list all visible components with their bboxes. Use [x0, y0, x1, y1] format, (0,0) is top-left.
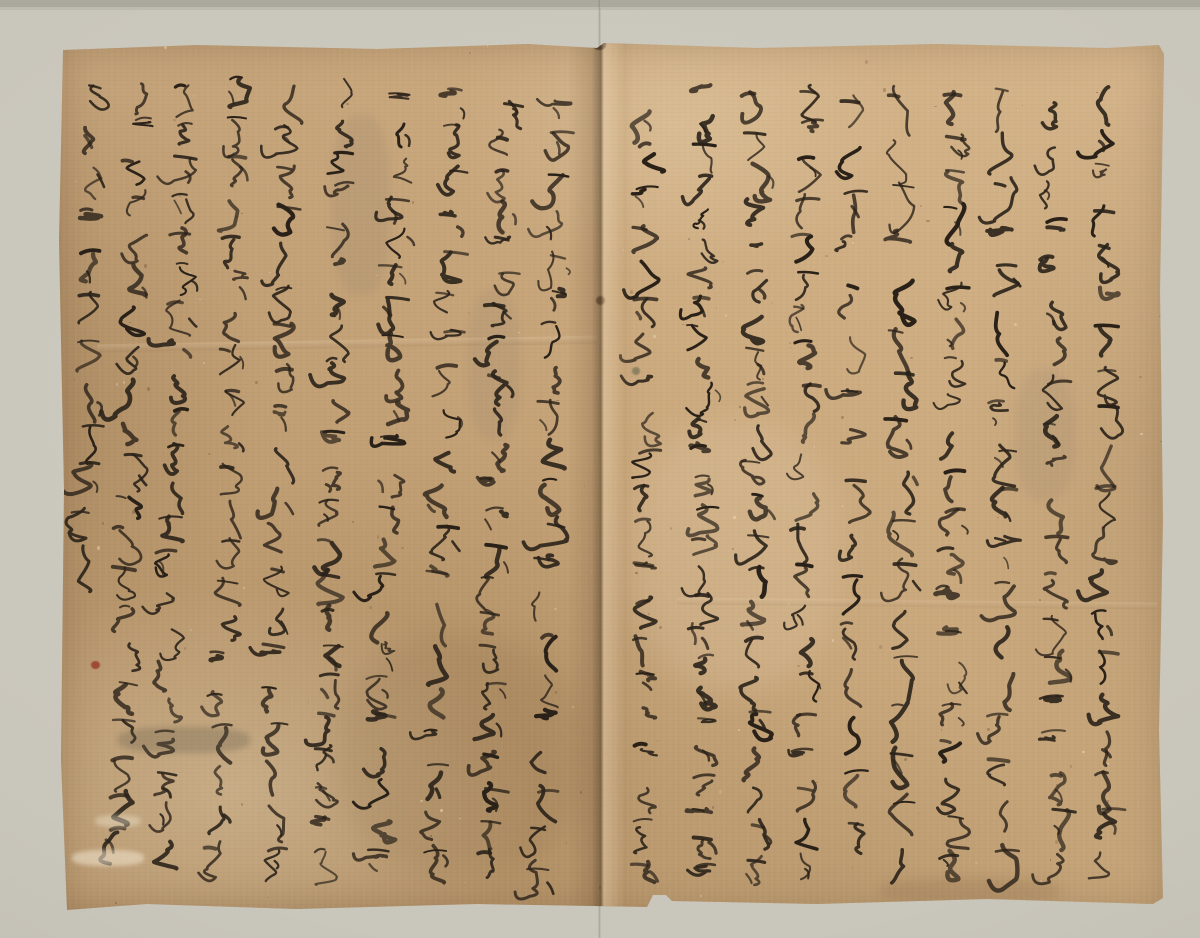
- photograph-scene: すたれすこしあけてはなたてまつるめり中のはしらによりゐてけふそくのうへにきやうを…: [0, 0, 1200, 938]
- paper-speck: [924, 902, 925, 903]
- paper-speck: [261, 45, 263, 47]
- paper-speck: [1164, 308, 1167, 310]
- paper-speck: [907, 905, 910, 907]
- page-left-columns: はしりきたるをんなこあまたみえつることもににるへうもあらすいみしくおひさきみえて…: [33, 25, 1164, 928]
- paper-sheet: すたれすこしあけてはなたてまつるめり中のはしらによりゐてけふそくのうへにきやうを…: [57, 40, 1164, 912]
